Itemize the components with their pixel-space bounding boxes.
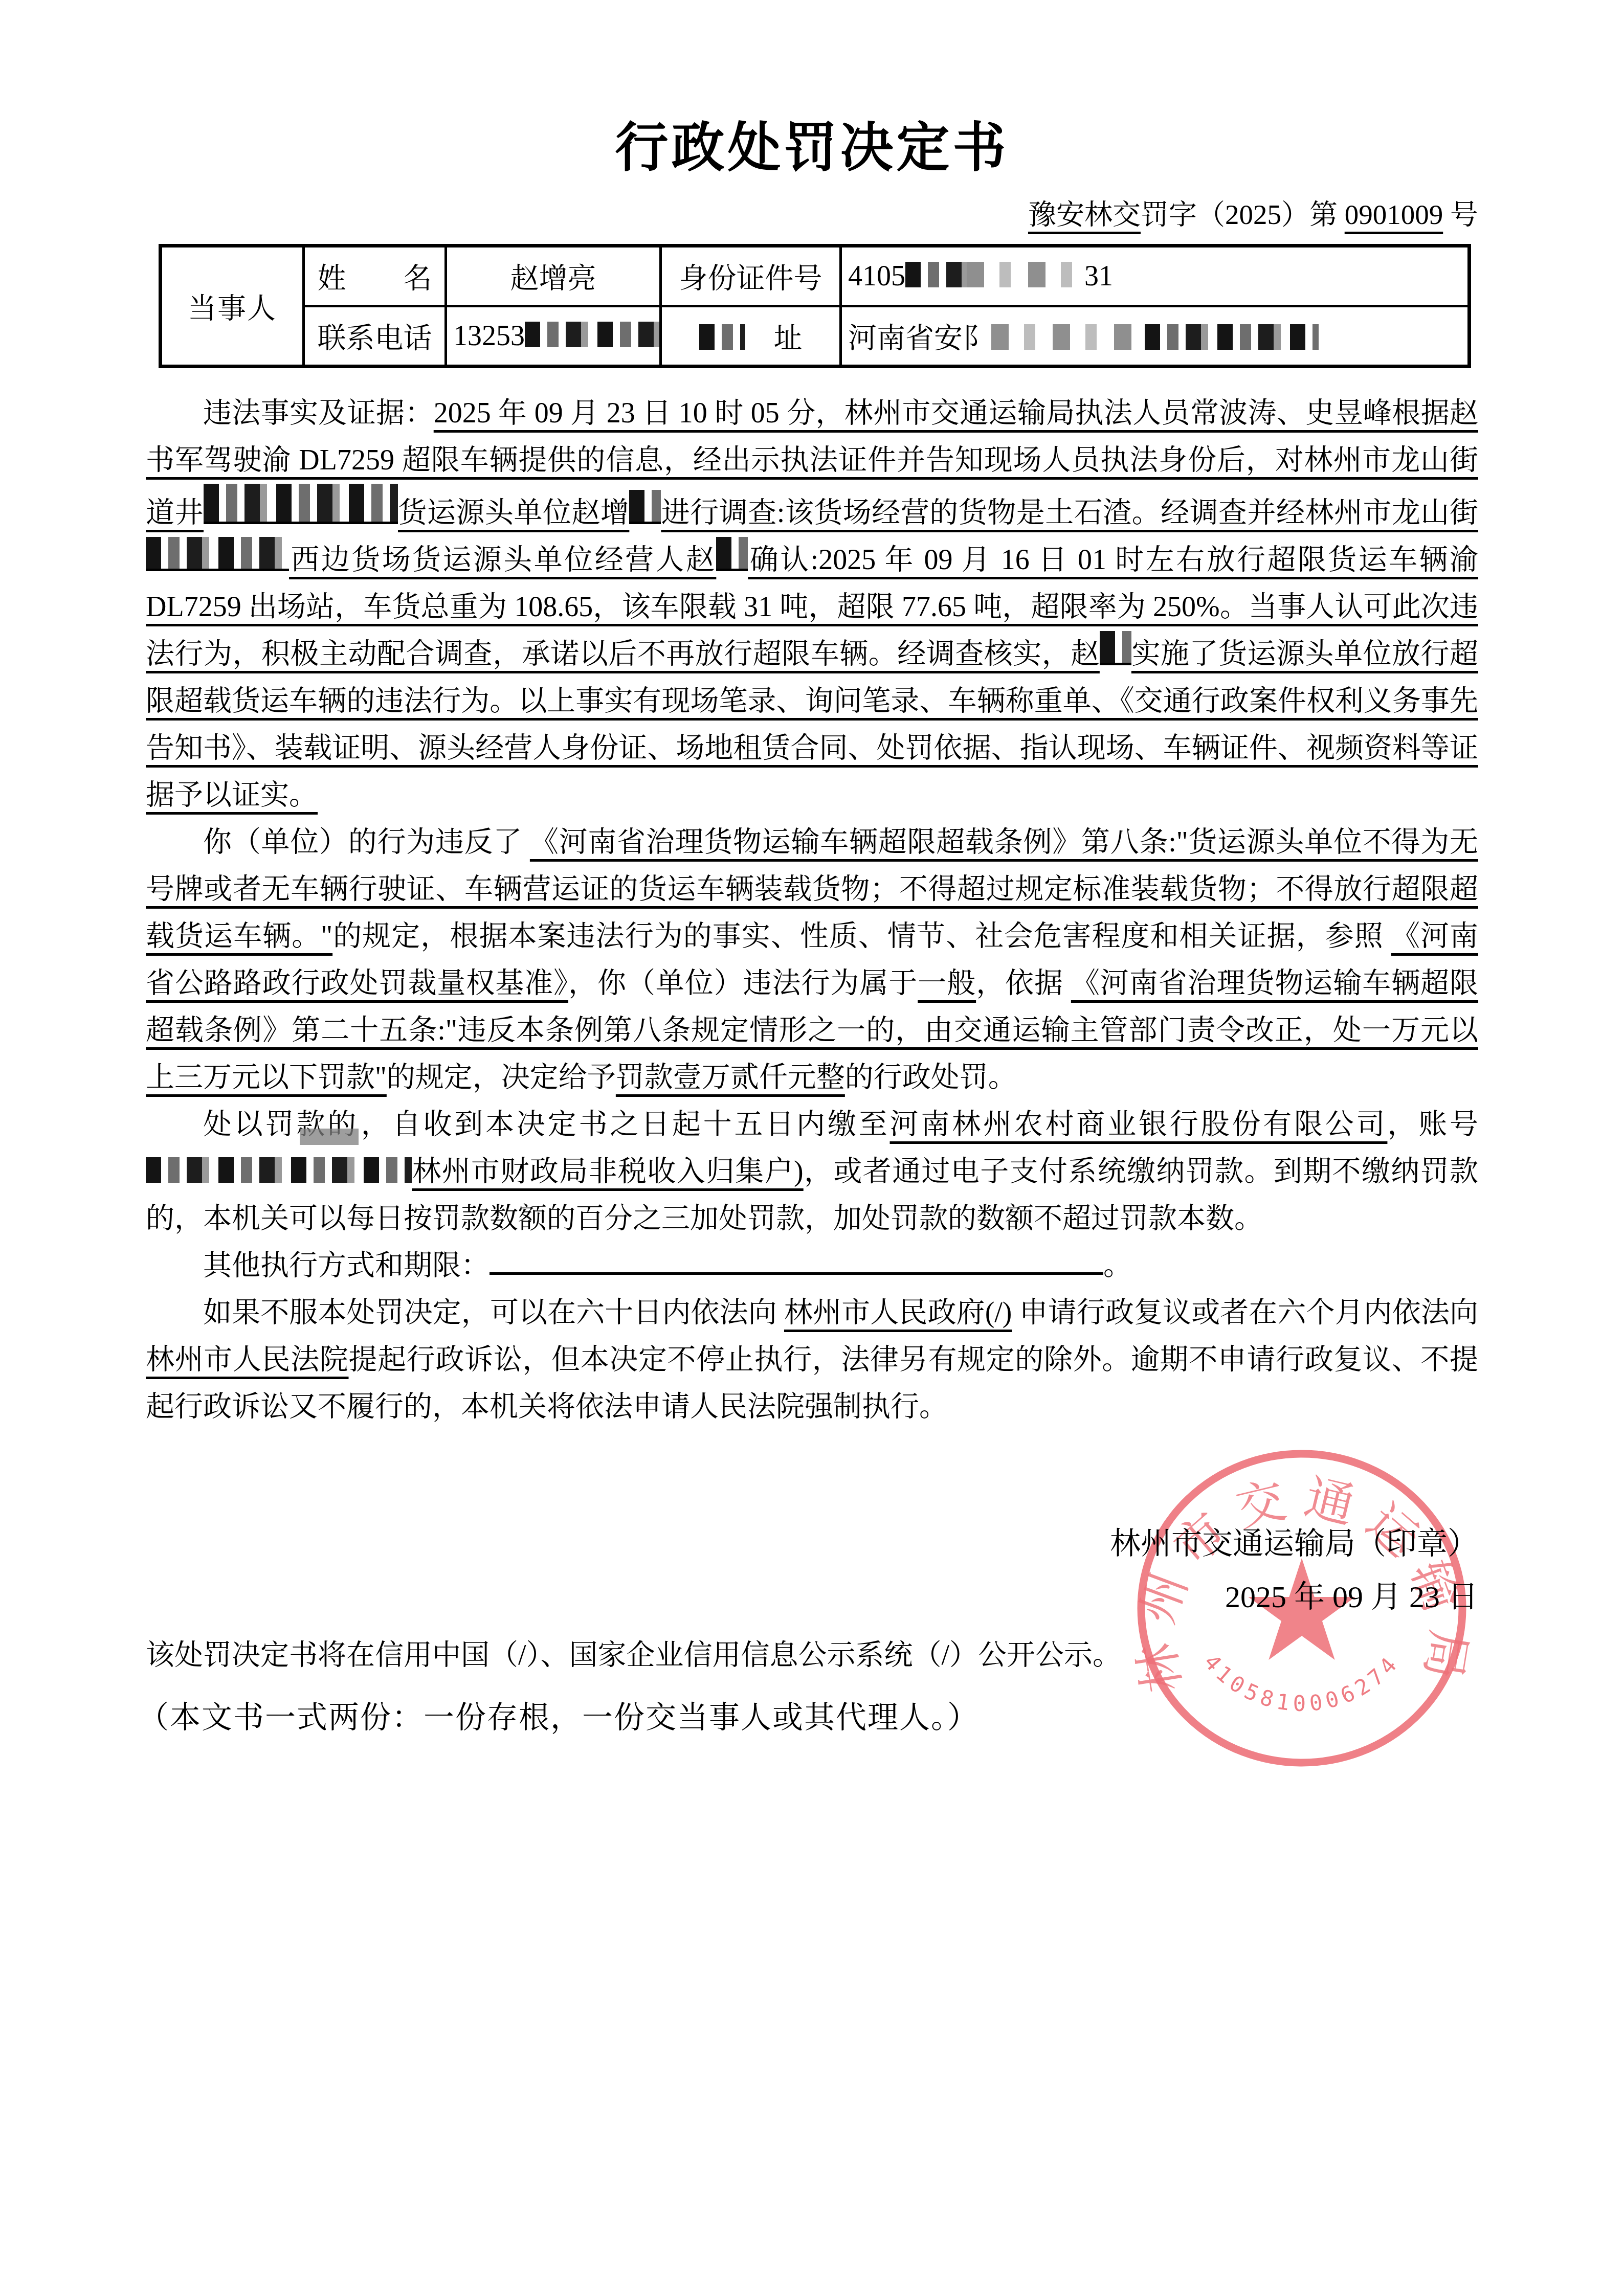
underlined-text: 货运源头单位赵增 [398, 497, 629, 529]
payment-paragraph: 处以罚款的，自收到本决定书之日起十五日内缴至河南林州农村商业银行股份有限公司，账… [146, 1101, 1478, 1242]
redaction-block [905, 262, 967, 287]
text: 13253 [453, 320, 525, 352]
text: ，账号 [1387, 1109, 1478, 1140]
underlined-text: 进行调查:该货场经营的货物是土石渣。经调查并经林州市龙山街 [661, 497, 1478, 529]
underlined-text: 豫安林交 [1028, 199, 1141, 230]
text: 违法事实及证据： [203, 397, 434, 429]
id-number-value: 410531 [841, 246, 1470, 306]
text: 赵增亮 [510, 263, 596, 295]
text: ，依据 [976, 967, 1071, 999]
text: 。 [1103, 1250, 1132, 1281]
underlined-text: 一般 [918, 967, 976, 999]
text: 申请行政复议或者在六个月内依法向 [1012, 1297, 1479, 1329]
redaction-block [204, 484, 398, 524]
legal-basis-paragraph: 你（单位）的行为违反了 《河南省治理货物运输车辆超限超载条例》第八条:"货运源头… [146, 819, 1478, 1101]
name-value: 赵增亮 [446, 246, 661, 306]
text: 你（单位）的行为违反了 [203, 826, 530, 858]
text: 其他执行方式和期限： [203, 1250, 490, 1281]
text: 的规定，根据本案违法行为的事实、性质、情节、社会危害程度和相关证据，参照 [332, 920, 1391, 952]
facts-evidence-paragraph: 违法事实及证据：2025 年 09 月 23 日 10 时 05 分，林州市交通… [146, 390, 1478, 819]
document-body: 违法事实及证据：2025 年 09 月 23 日 10 时 05 分，林州市交通… [146, 390, 1478, 1430]
text: 河南省安阝 [848, 323, 991, 354]
text: 如果不服本处罚决定，可以在六十日内依法向 [203, 1297, 784, 1329]
redaction-block [967, 262, 1084, 287]
redaction-block [146, 537, 289, 571]
other-execution-paragraph: 其他执行方式和期限：。 [146, 1242, 1478, 1289]
redaction-block [629, 490, 661, 524]
party-corner-label: 当事人 [161, 246, 304, 367]
signature-date: 2025 年 09 月 23 日 [0, 1570, 1478, 1624]
party-table: 当事人 姓 名 赵增亮 身份证件号 410531 联系电话 13253 址 河南… [159, 244, 1471, 368]
underlined-text: 0901009 [1345, 199, 1443, 230]
redaction-block [146, 1157, 412, 1183]
redaction-block [699, 324, 745, 350]
table-row: 联系电话 13253 址 河南省安阝 [161, 306, 1470, 367]
blank-underline [490, 1244, 1103, 1275]
underlined-text: 河南林州农村商业银行股份有限公司 [890, 1109, 1388, 1140]
page-title: 行政处罚决定书 [0, 0, 1624, 182]
redaction-block [716, 537, 748, 571]
phone-value: 13253 [446, 306, 661, 367]
signature-block: 林州市交通运输局 4105810006274 林州市交通运输局（印章） 2025… [0, 1517, 1624, 1624]
underlined-text: 林州市财政局非税收入归集户) [412, 1156, 804, 1187]
penalty-decision-document: 行政处罚决定书 豫安林交罚字（2025）第 0901009 号 当事人 姓 名 … [0, 0, 1624, 2296]
text: ，你（单位）违法行为属于 [568, 967, 918, 999]
smudge-mark [300, 1129, 359, 1145]
address-label: 址 [661, 306, 841, 367]
text: 的规定，决定给予 [387, 1062, 616, 1093]
text: 址 [745, 323, 803, 354]
text: ，自收到本决定书之日起十五日内缴至 [359, 1109, 890, 1140]
underlined-text: 罚款壹万贰仟元整 [616, 1062, 845, 1093]
copies-note-line: （本文书一式两份：一份存根，一份交当事人或其代理人。） [138, 1693, 1478, 1742]
name-label: 姓 名 [304, 246, 446, 306]
text: 31 [1084, 260, 1113, 292]
redaction-block [1145, 324, 1319, 350]
phone-label: 联系电话 [304, 306, 446, 367]
address-value: 河南省安阝 [841, 306, 1470, 367]
signature-agency: 林州市交通运输局（印章） [0, 1517, 1478, 1570]
doc-number: 豫安林交罚字（2025）第 0901009 号 [0, 199, 1624, 231]
text: 4105 [848, 260, 905, 292]
text: 的行政处罚。 [845, 1062, 1017, 1093]
appeal-rights-paragraph: 如果不服本处罚决定，可以在六十日内依法向 林州市人民政府(/) 申请行政复议或者… [146, 1289, 1478, 1430]
underlined-text: 林州市人民法院 [146, 1344, 349, 1376]
text: 号 [1443, 199, 1478, 230]
text: 罚字（2025）第 [1141, 199, 1345, 230]
redaction-block [1100, 631, 1131, 665]
underlined-text: 林州市人民政府(/) [784, 1297, 1012, 1329]
underlined-text: 西边货场货运源头单位经营人赵 [289, 544, 716, 576]
id-number-label: 身份证件号 [661, 246, 841, 306]
public-notice-line: 该处罚决定书将在信用中国（/）、国家企业信用信息公示系统（/）公开公示。 [146, 1632, 1478, 1679]
table-row: 当事人 姓 名 赵增亮 身份证件号 410531 [161, 246, 1470, 306]
redaction-block [525, 322, 661, 347]
redaction-block [991, 324, 1145, 350]
